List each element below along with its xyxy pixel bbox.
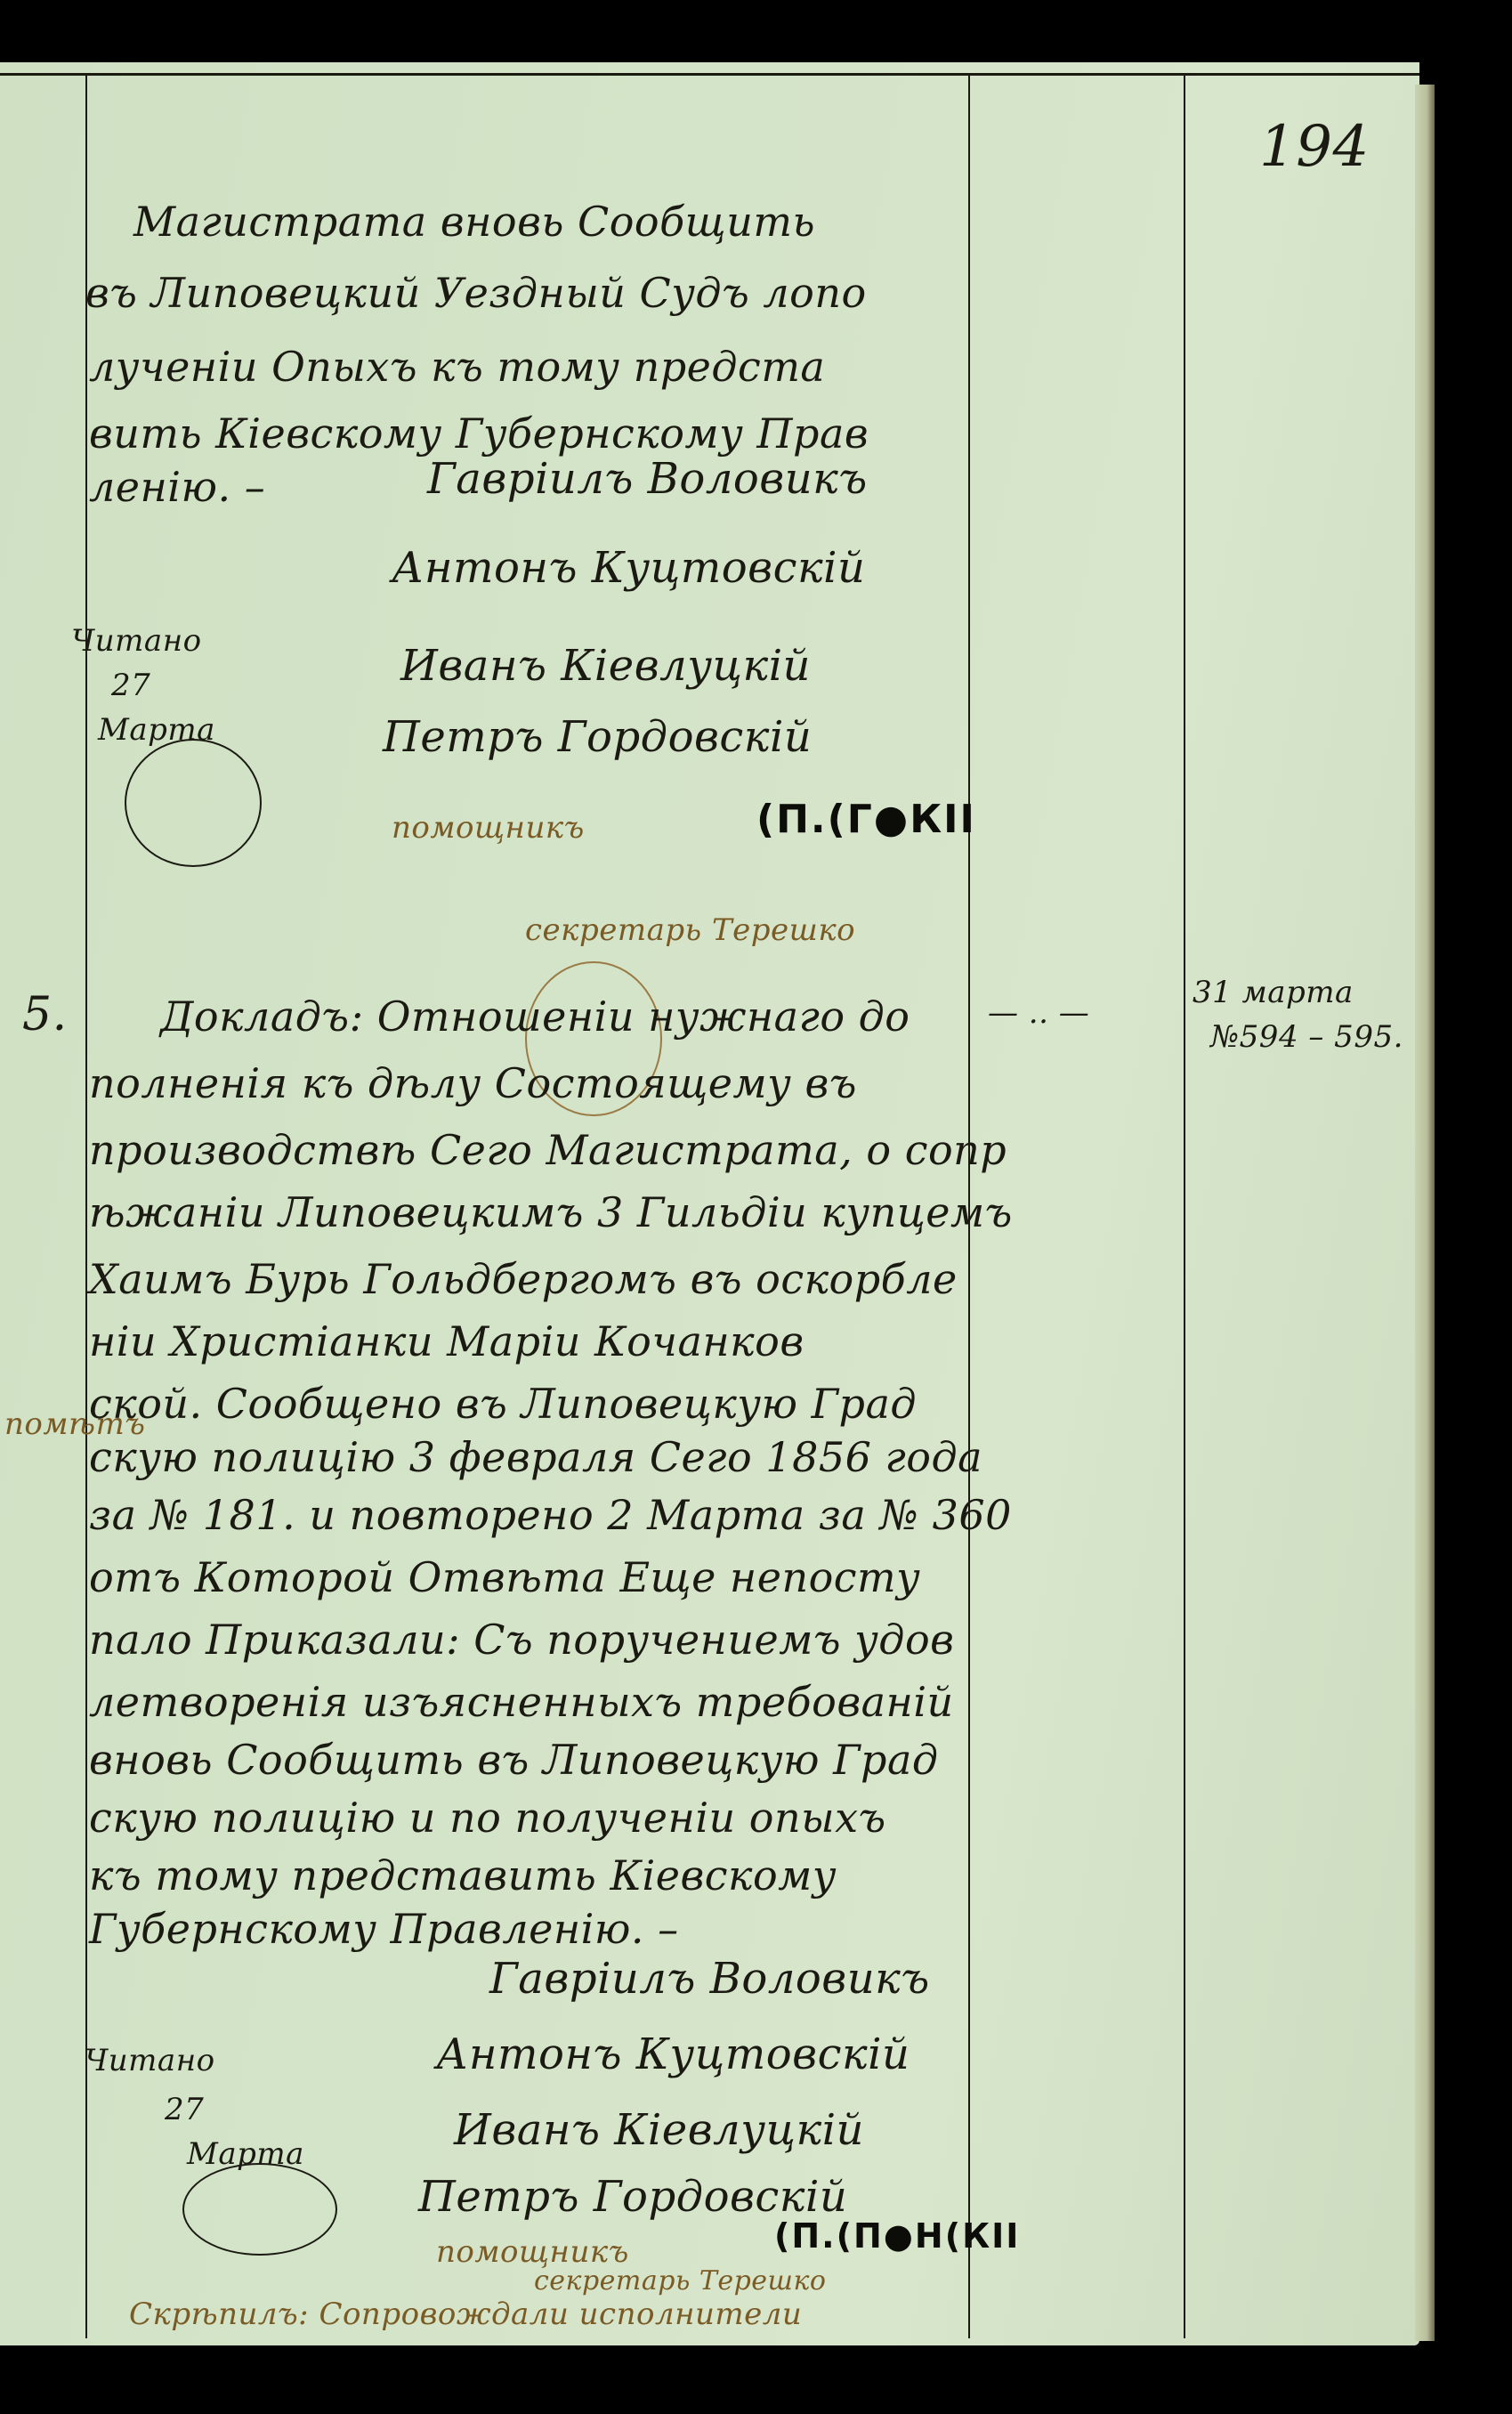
page-number: 194 [1259,114,1370,180]
dash-line: — .. — [988,995,1089,1031]
left-margin-rule [85,73,87,2338]
signature: Иванъ Кіевлуцкій [400,641,811,691]
body-line: производствѣ Сего Магистрата, о сопр [89,1126,1007,1174]
body-line: Губернскому Правленію. – [89,1905,679,1953]
clerk-note: помощникъ [436,2234,629,2270]
outgoing-date: 31 марта [1193,975,1354,1010]
outgoing-numbers: №594 – 595. [1210,1019,1403,1055]
body-line: Хаимъ Бурь Гольдбергомъ въ оскорбле [89,1255,958,1303]
body-line: скую полицію и по полученіи опыхъ [89,1794,886,1842]
flourish-icon [125,739,262,867]
signature: Петръ Гордовскій [418,2172,847,2222]
margin-read-label: Читано [85,2043,215,2078]
body-line: Магистрата вновь Сообщить [133,198,815,246]
signature: Гавріилъ Воловикъ [427,454,868,504]
margin-read-day: 27 [111,668,150,703]
body-line: ніи Христіанки Маріи Кочанков [89,1317,805,1365]
margin-note-left: помѣтъ [4,1406,145,1442]
margin-read-label: Читано [71,623,202,659]
body-line: къ тому представить Кіевскому [89,1851,837,1900]
page-edge [1415,85,1435,2341]
signature: Иванъ Кіевлуцкій [454,2105,864,2155]
clerk-note: помощникъ [392,810,585,846]
body-line: пало Приказали: Съ поручениемъ удов [89,1616,954,1664]
seal-stamp: (П.(П●Н(КІІ [774,2216,1020,2256]
body-line: летворенія изъясненныхъ требованій [89,1678,954,1726]
body-line: за № 181. и повторено 2 Марта за № 360 [89,1491,1012,1539]
flourish-icon [182,2163,337,2256]
body-line: скую полицію 3 февраля Сего 1856 года [89,1433,982,1481]
body-line: ской. Сообщено въ Липовецкую Град [89,1380,917,1428]
seal-stamp: (П.(Г●КІІ [756,797,976,842]
body-line: отъ Которой Отвѣта Еще непосту [89,1553,920,1601]
margin-read-day: 27 [165,2092,204,2127]
top-rule [0,73,1419,76]
signature: Антонъ Куцтовскій [436,2029,910,2079]
body-line: лученіи Опыхъ къ тому предста [89,343,825,391]
body-line: полненія къ дѣлу Состоящему въ [89,1059,857,1107]
signature: Антонъ Куцтовскій [392,543,865,593]
body-line: вновь Сообщить въ Липовецкую Град [89,1736,939,1784]
body-line: ленію. – [89,463,265,511]
signature: Гавріилъ Воловикъ [489,1954,930,2004]
right-column-rule [1184,73,1185,2338]
body-line: ѣжаніи Липовецкимъ 3 Гильдіи купцемъ [89,1188,1013,1236]
body-line: Докладъ: Отношеніи нужнаго до [160,992,910,1041]
signature: Петръ Гордовскій [383,712,812,762]
secretary-note: секретарь Терешко [534,2265,826,2297]
secretary-note: секретарь Терешко [525,912,855,948]
body-line: вить Кіевскому Губернскому Прав [89,409,869,458]
footer-note: Скрѣпилъ: Сопровождали исполнители [129,2297,802,2332]
body-line: въ Липовецкий Уездный Судъ лопо [85,269,867,317]
entry-number: 5. [22,988,68,1041]
